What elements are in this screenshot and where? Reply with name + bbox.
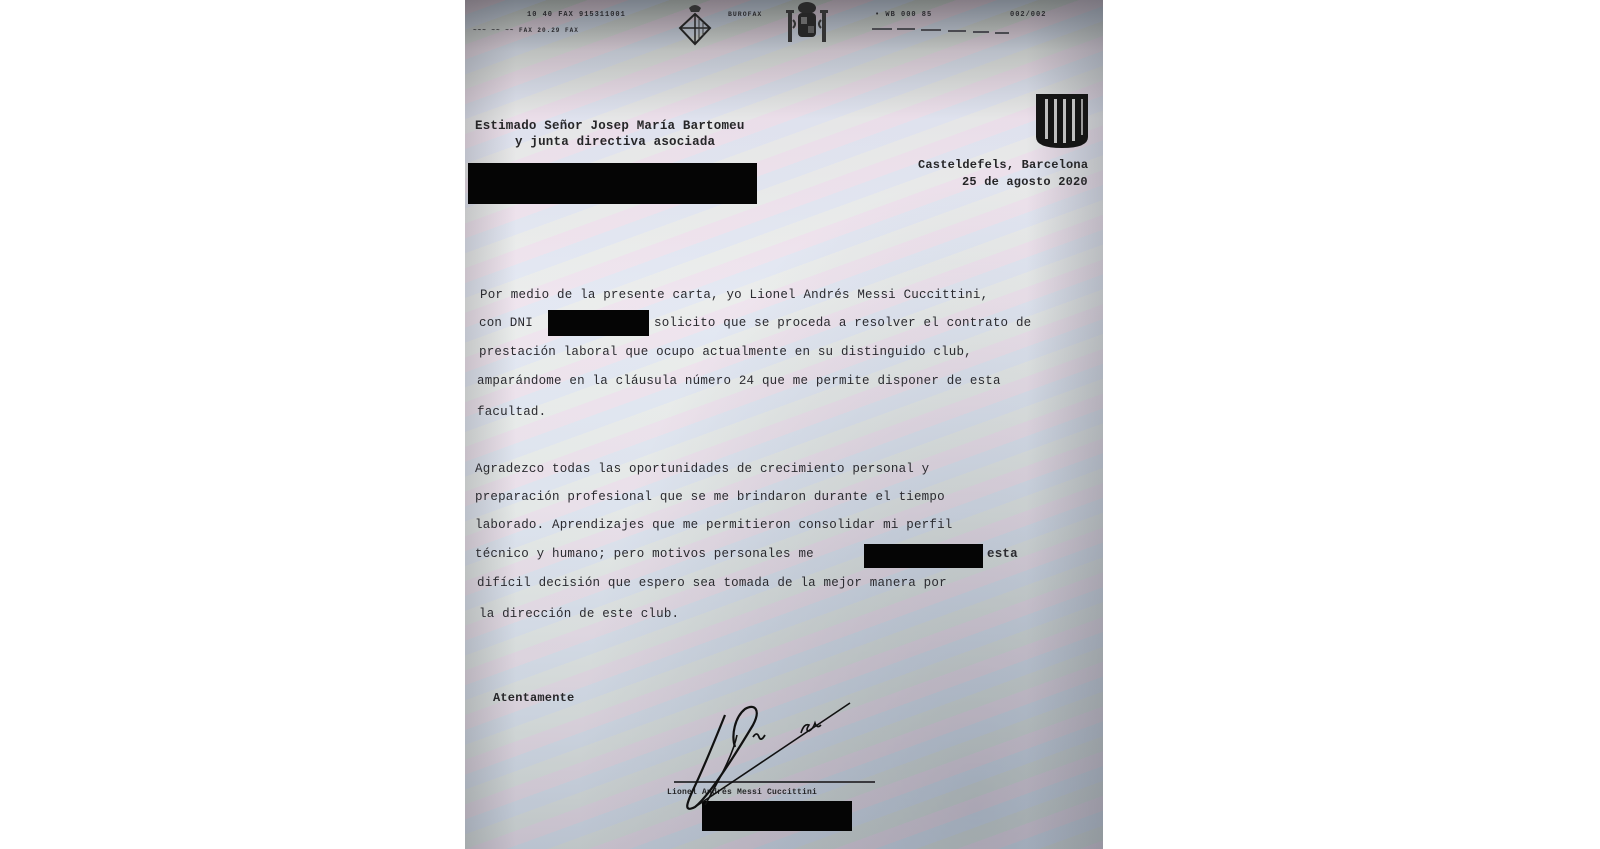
catalonia-senyera-icon [1035, 93, 1089, 149]
paragraph1-line1: Por medio de la presente carta, yo Lione… [480, 288, 988, 302]
fax-header-page-number: 002/002 [1010, 11, 1046, 19]
paragraph1-line3: prestación laboral que ocupo actualmente… [479, 345, 972, 359]
paragraph2-line6: la dirección de este club. [479, 607, 679, 621]
fax-header-left-line2: ~~~ ~~ ~~ FAX 20.29 FAX [473, 27, 579, 34]
recipient-line1: Estimado Señor Josep María Bartomeu [475, 119, 745, 133]
paragraph1-line2-start: con DNI [479, 316, 533, 330]
spain-coat-of-arms-icon [785, 0, 829, 46]
paragraph2-line4-start: técnico y humano; pero motivos personale… [475, 547, 814, 561]
redacted-dni-number [548, 310, 649, 336]
paragraph1-line4: amparándome en la cláusula número 24 que… [477, 374, 1001, 388]
fax-dash [872, 28, 892, 30]
paragraph2-line3: laborado. Aprendizajes que me permitiero… [475, 518, 952, 532]
paragraph2-line1: Agradezco todas las oportunidades de cre… [475, 462, 929, 476]
paragraph2-line4-end: esta [987, 547, 1018, 561]
fax-dash [995, 32, 1009, 34]
redacted-motive-phrase [864, 544, 983, 568]
paragraph2-line5: difícil decisión que espero sea tomada d… [477, 576, 947, 590]
letter-document: 10 40 FAX 915311001 ~~~ ~~ ~~ FAX 20.29 … [465, 0, 1103, 849]
recipient-line2: y junta directiva asociada [515, 135, 715, 149]
closing: Atentamente [493, 691, 574, 705]
redacted-recipient-address [468, 163, 757, 204]
fax-dash [973, 31, 989, 33]
date: 25 de agosto 2020 [962, 175, 1088, 189]
fax-dash [897, 28, 915, 30]
fax-dash [921, 29, 941, 31]
paragraph2-line2: preparación profesional que se me brinda… [475, 490, 945, 504]
fax-header-burofax: BUROFAX [728, 11, 762, 18]
handwritten-signature [665, 695, 865, 815]
fax-header-right-line1: • WB 000 85 [875, 11, 932, 19]
paragraph1-line2-end: solicito que se proceda a resolver el co… [654, 316, 1031, 330]
place: Casteldefels, Barcelona [918, 158, 1088, 172]
paragraph1-line5: facultad. [477, 405, 546, 419]
barcelona-crest-icon [677, 2, 713, 46]
fax-header-left-line1: 10 40 FAX 915311001 [527, 11, 626, 19]
fax-dash [948, 30, 966, 32]
